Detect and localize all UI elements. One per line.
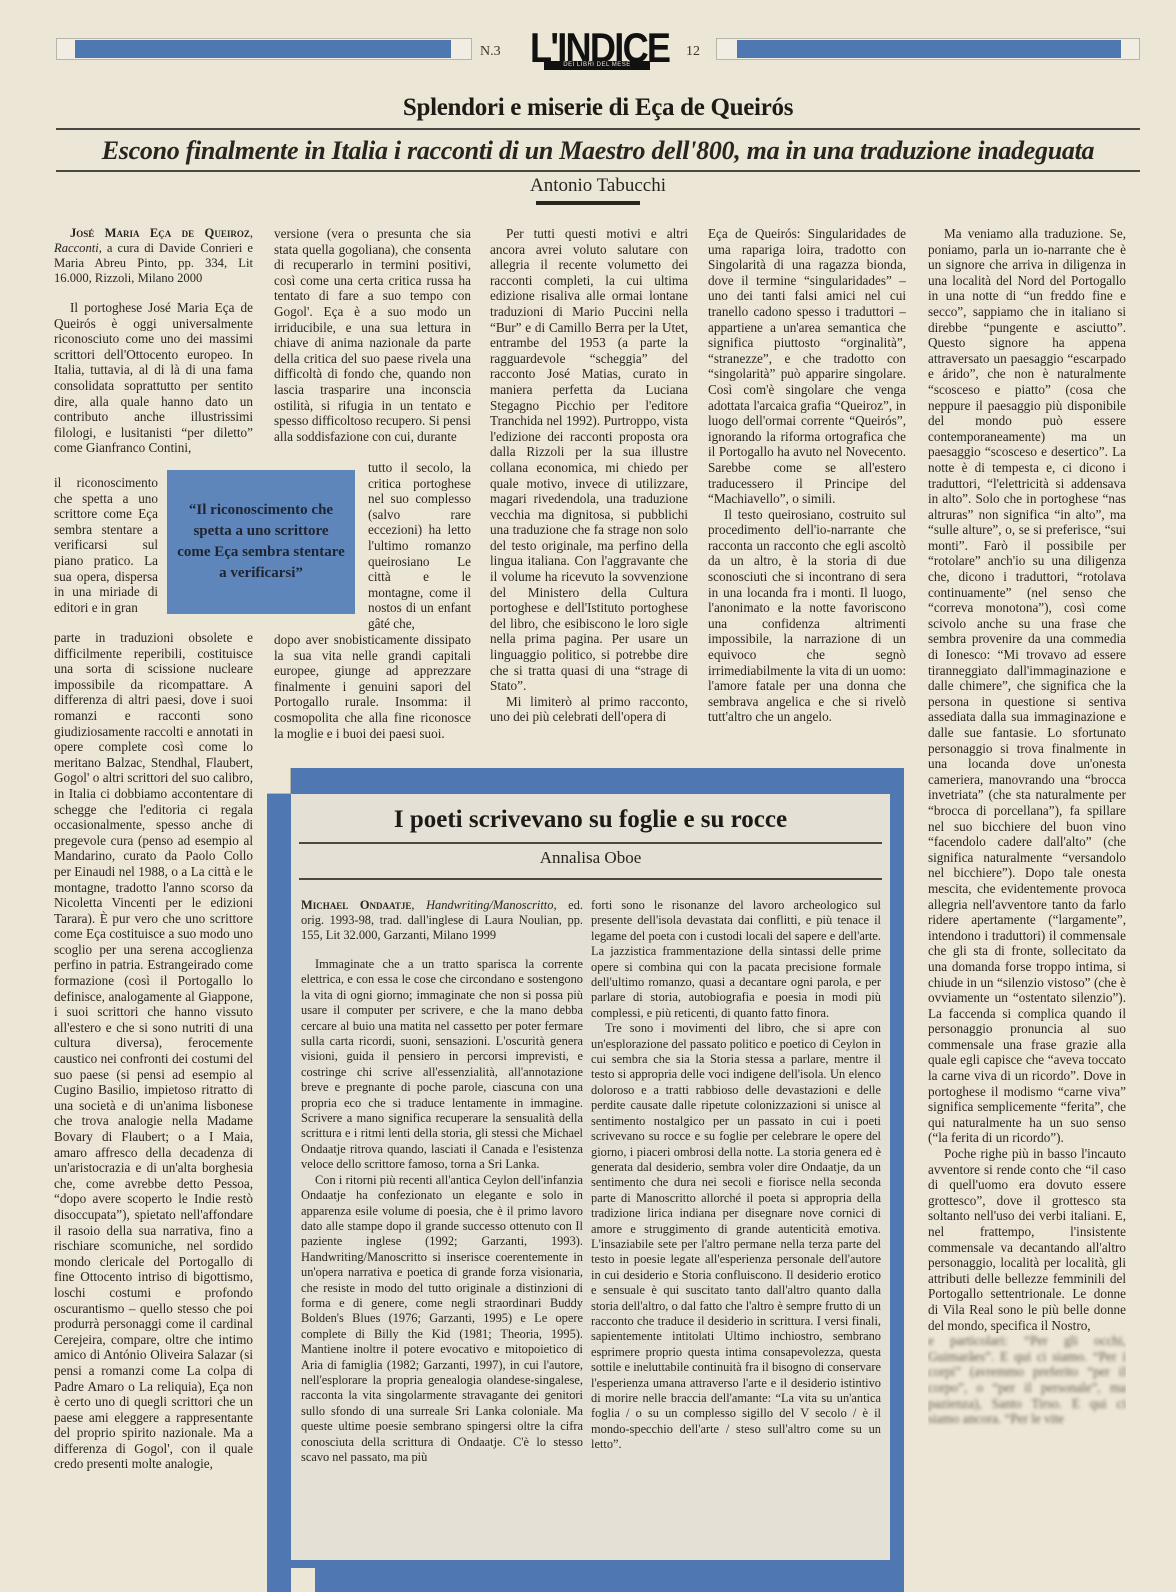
boxed-article: I poeti scrivevano su foglie e su rocce … bbox=[267, 768, 904, 1592]
boxed-bibliographic-note: Michael Ondaatje, Handwriting/Manoscritt… bbox=[301, 898, 583, 943]
title-rule bbox=[56, 128, 1140, 130]
subtitle-rule bbox=[56, 170, 1140, 172]
column-1: José Maria Eça de Queiroz, Racconti, a c… bbox=[54, 226, 253, 474]
pull-quote: “Il riconoscimento che spetta a uno scri… bbox=[167, 470, 355, 614]
paragraph: Eça de Queirós: Singularidades de uma ra… bbox=[708, 226, 906, 507]
paragraph: Mi limiterò al primo racconto, uno dei p… bbox=[490, 694, 688, 725]
article-subtitle: Escono finalmente in Italia i racconti d… bbox=[56, 136, 1140, 166]
paragraph: Ma veniamo alla traduzione. Se, poniamo,… bbox=[928, 226, 1126, 1146]
boxed-column-2: forti sono le risonanze del lavoro arche… bbox=[591, 898, 881, 1558]
boxed-article-title: I poeti scrivevano su foglie e su rocce bbox=[291, 806, 890, 834]
logo-subtitle: DEI LIBRI DEL MESE bbox=[544, 61, 650, 70]
paragraph: Il portoghese José Maria Eça de Queirós … bbox=[54, 300, 253, 456]
masthead-band-left bbox=[56, 38, 472, 60]
boxed-column-1: Michael Ondaatje, Handwriting/Manoscritt… bbox=[301, 898, 583, 1558]
boxed-article-body: I poeti scrivevano su foglie e su rocce … bbox=[291, 794, 890, 1560]
column-1-continued: parte in traduzioni obsolete e difficilm… bbox=[54, 630, 253, 1592]
issue-number: N.3 bbox=[480, 44, 501, 60]
paragraph: Poche righe più in basso l'incauto avven… bbox=[928, 1146, 1126, 1333]
column-1-wrap: il riconoscimento che spetta a uno scrit… bbox=[54, 475, 158, 629]
paragraph: Per tutti questi motivi e altri ancora a… bbox=[490, 226, 688, 694]
masthead: N.3 L'INDICE DEI LIBRI DEL MESE 12 bbox=[56, 28, 1140, 78]
column-3: Per tutti questi motivi e altri ancora a… bbox=[490, 226, 688, 752]
bibliographic-note: José Maria Eça de Queiroz, Racconti, a c… bbox=[54, 226, 253, 286]
box-corner bbox=[267, 768, 291, 794]
article-title: Splendori e miserie di Eça de Queirós bbox=[56, 94, 1140, 122]
column-4: Eça de Queirós: Singularidades de uma ra… bbox=[708, 226, 906, 752]
boxed-article-byline: Annalisa Oboe bbox=[291, 848, 890, 868]
paragraph: Il testo queirosiano, costruito sul proc… bbox=[708, 507, 906, 725]
newspaper-page: N.3 L'INDICE DEI LIBRI DEL MESE 12 Splen… bbox=[0, 0, 1176, 1592]
column-2-continued: dopo aver snobisticamente dissipato la s… bbox=[274, 632, 471, 752]
paragraph: forti sono le risonanze del lavoro arche… bbox=[591, 898, 881, 1021]
byline-bar bbox=[536, 201, 640, 205]
paragraph: Con i ritorni più recenti all'antica Cey… bbox=[301, 1173, 583, 1466]
paragraph: Immaginate che a un tratto sparisca la c… bbox=[301, 957, 583, 1173]
paragraph: Tre sono i movimenti del libro, che si a… bbox=[591, 1021, 881, 1452]
box-bottom-band bbox=[291, 1560, 904, 1592]
boxed-title-rule bbox=[299, 842, 882, 844]
logo: L'INDICE DEI LIBRI DEL MESE bbox=[530, 28, 666, 72]
boxed-byline-rule bbox=[299, 878, 882, 880]
column-5: Ma veniamo alla traduzione. Se, poniamo,… bbox=[928, 226, 1126, 1592]
column-2-wrap: tutto il secolo, la critica portoghese n… bbox=[368, 460, 471, 632]
article-byline: Antonio Tabucchi bbox=[56, 175, 1140, 197]
page-number: 12 bbox=[686, 44, 700, 60]
column-2: versione (vera o presunta che sia stata … bbox=[274, 226, 471, 459]
blurred-text: e particolari: “Per gli occhi, Guimarães… bbox=[928, 1333, 1126, 1427]
paragraph: versione (vera o presunta che sia stata … bbox=[274, 226, 471, 444]
masthead-band-right bbox=[716, 38, 1140, 60]
